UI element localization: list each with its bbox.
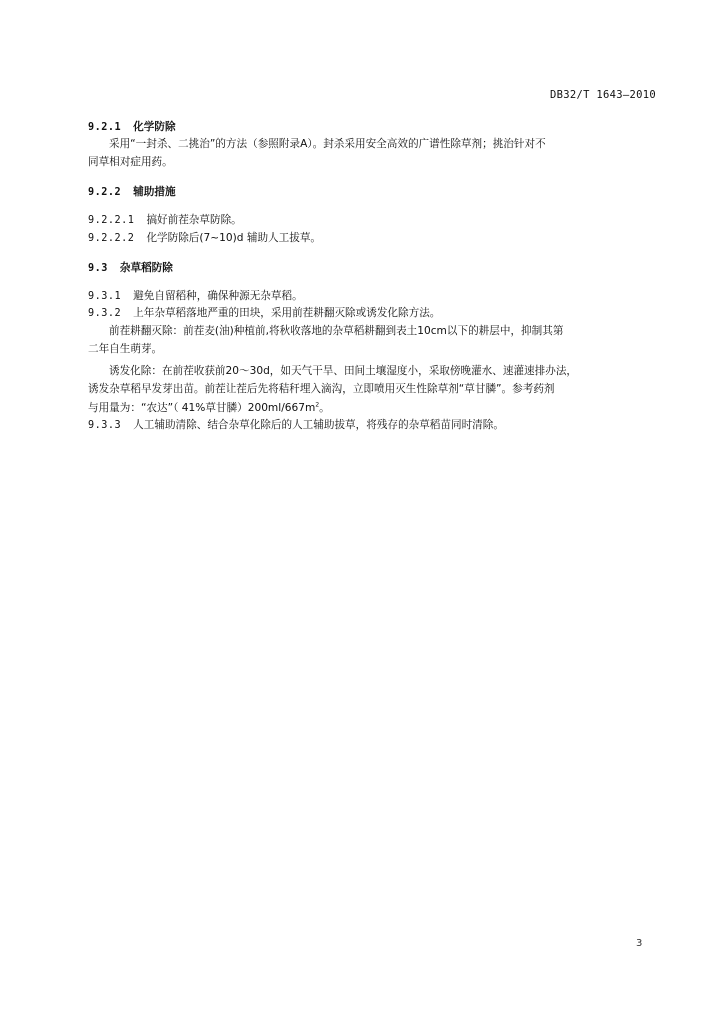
section-number: 9.2.2.2 (88, 233, 134, 244)
paragraph-line: 采用“一封杀、二挑治”的方法（参照附录A）。封杀采用安全高效的广谱性除草剂；挑治… (88, 137, 546, 151)
section-9-3-2: 9.3.2上年杂草稻落地严重的田块，采用前茬耕翻灭除或诱发化除方法。 (88, 306, 440, 321)
paragraph-line: 前茬耕翻灭除：前茬麦(油)种植前,将秋收落地的杂草稻耕翻到表土10cm以下的耕层… (88, 324, 563, 338)
section-text: 搞好前茬杂草防除。 (146, 214, 241, 226)
paragraph-line: 诱发杂草稻早发芽出苗。前茬让茬后先将秸秆埋入滴沟，立即喷用灭生性除草剂“草甘膦”… (88, 382, 555, 396)
section-number: 9.2.1 (88, 122, 121, 133)
section-number: 9.3.2 (88, 308, 121, 319)
paragraph-line: 二年自生萌芽。 (88, 342, 162, 356)
section-title: 辅助措施 (133, 186, 175, 198)
section-title: 杂草稻防除 (120, 262, 173, 274)
paragraph-line: 与用量为：“农达”（ 41%草甘膦）200ml/667m2。 (88, 401, 330, 415)
section-9-2-2-1: 9.2.2.1搞好前茬杂草防除。 (88, 213, 242, 228)
section-9-2-2-2: 9.2.2.2化学防除后(7~10)d 辅助人工拔草。 (88, 231, 321, 246)
section-text: 上年杂草稻落地严重的田块，采用前茬耕翻灭除或诱发化除方法。 (133, 307, 440, 319)
section-9-2-2-heading: 9.2.2辅助措施 (88, 185, 176, 200)
section-number: 9.3.1 (88, 291, 121, 302)
section-9-3-3: 9.3.3人工辅助清除、结合杂草化除后的人工辅助拔草，将残存的杂草稻苗同时清除。 (88, 418, 504, 433)
paragraph-line: 诱发化除：在前茬收获前20～30d，如天气干旱、田间土壤湿度小，采取傍晚灌水、速… (88, 364, 577, 378)
period: 。 (319, 402, 330, 414)
section-number: 9.2.2 (88, 187, 121, 198)
section-number: 9.2.2.1 (88, 215, 134, 226)
section-number: 9.3.3 (88, 420, 121, 431)
section-text: 人工辅助清除、结合杂草化除后的人工辅助拔草，将残存的杂草稻苗同时清除。 (133, 419, 504, 431)
section-9-3-1: 9.3.1避免自留稻种，确保种源无杂草稻。 (88, 289, 303, 304)
standard-code-header: DB32/T 1643—2010 (550, 89, 656, 101)
dosage-text: 与用量为：“农达”（ 41%草甘膦）200ml/667m (88, 402, 315, 414)
paragraph-line: 同草相对症用药。 (88, 155, 173, 169)
section-number: 9.3 (88, 263, 108, 274)
section-text: 避免自留稻种，确保种源无杂草稻。 (133, 290, 303, 302)
section-9-2-1-heading: 9.2.1化学防除 (88, 120, 176, 135)
document-page: DB32/T 1643—2010 9.2.1化学防除 采用“一封杀、二挑治”的方… (0, 0, 724, 1024)
page-number: 3 (636, 938, 642, 949)
section-title: 化学防除 (133, 121, 175, 133)
section-9-3-heading: 9.3杂草稻防除 (88, 261, 173, 276)
section-text: 化学防除后(7~10)d 辅助人工拔草。 (146, 232, 321, 244)
